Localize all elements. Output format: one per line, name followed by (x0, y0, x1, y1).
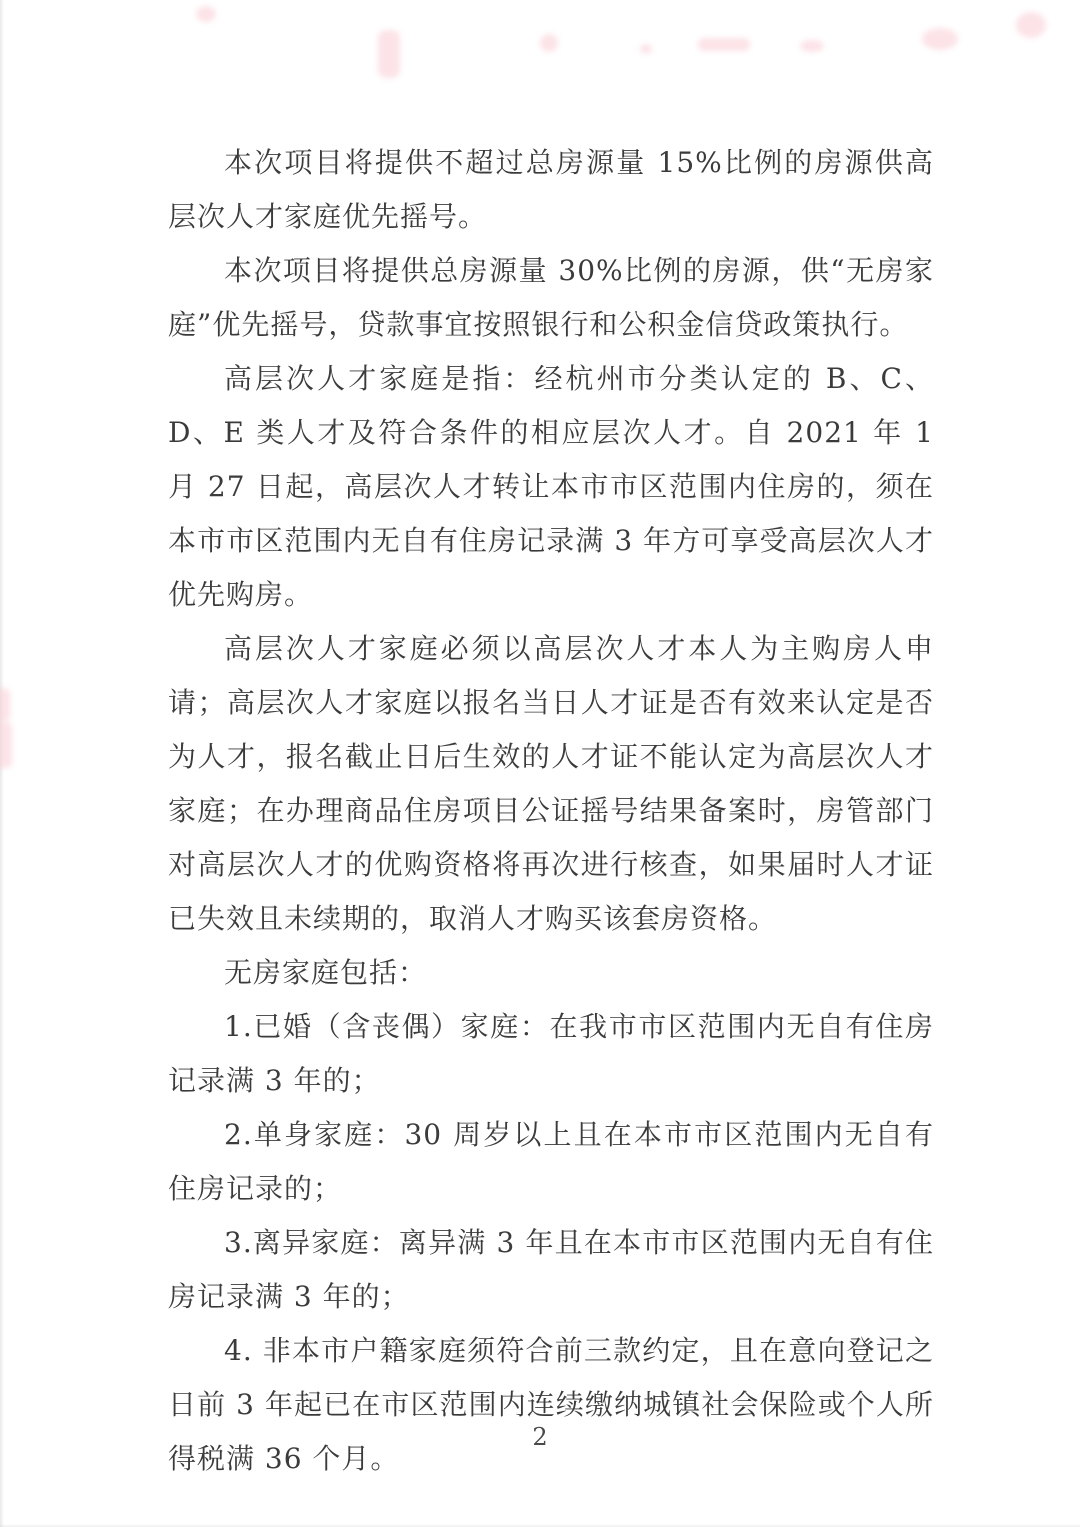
page-footer: 2 (0, 1422, 1080, 1452)
paragraph-homeless-item-4: 4. 非本市户籍家庭须符合前三款约定，且在意向登记之日前 3 年起已在市区范围内… (168, 1324, 934, 1486)
scan-artifact (698, 38, 750, 51)
scan-artifact (640, 44, 652, 54)
page-number: 2 (532, 1423, 547, 1451)
paragraph-housing-quota-talent: 本次项目将提供不超过总房源量 15%比例的房源供高层次人才家庭优先摇号。 (168, 136, 934, 244)
paragraph-talent-definition: 高层次人才家庭是指：经杭州市分类认定的 B、C、D、E 类人才及符合条件的相应层… (168, 352, 934, 622)
document-page: 本次项目将提供不超过总房源量 15%比例的房源供高层次人才家庭优先摇号。 本次项… (0, 0, 1080, 1527)
paragraph-homeless-item-1: 1.已婚（含丧偶）家庭：在我市市区范围内无自有住房记录满 3 年的； (168, 1000, 934, 1108)
scan-artifact (800, 40, 824, 52)
scan-artifact (378, 30, 400, 78)
paragraph-housing-quota-homeless: 本次项目将提供总房源量 30%比例的房源，供“无房家庭”优先摇号，贷款事宜按照银… (168, 244, 934, 352)
paragraph-homeless-family-heading: 无房家庭包括： (168, 946, 934, 1000)
scan-artifact (196, 6, 216, 22)
document-body: 本次项目将提供不超过总房源量 15%比例的房源供高层次人才家庭优先摇号。 本次项… (168, 136, 934, 1486)
paragraph-homeless-item-2: 2.单身家庭：30 周岁以上且在本市市区范围内无自有住房记录的； (168, 1108, 934, 1216)
scan-artifact (0, 688, 10, 722)
scan-artifact (0, 722, 12, 768)
scan-artifact (1016, 12, 1046, 38)
scan-artifact (922, 28, 958, 50)
scan-artifact (540, 34, 558, 52)
paragraph-homeless-item-3: 3.离异家庭：离异满 3 年且在本市市区范围内无自有住房记录满 3 年的； (168, 1216, 934, 1324)
paragraph-talent-application-rule: 高层次人才家庭必须以高层次人才本人为主购房人申请；高层次人才家庭以报名当日人才证… (168, 622, 934, 946)
